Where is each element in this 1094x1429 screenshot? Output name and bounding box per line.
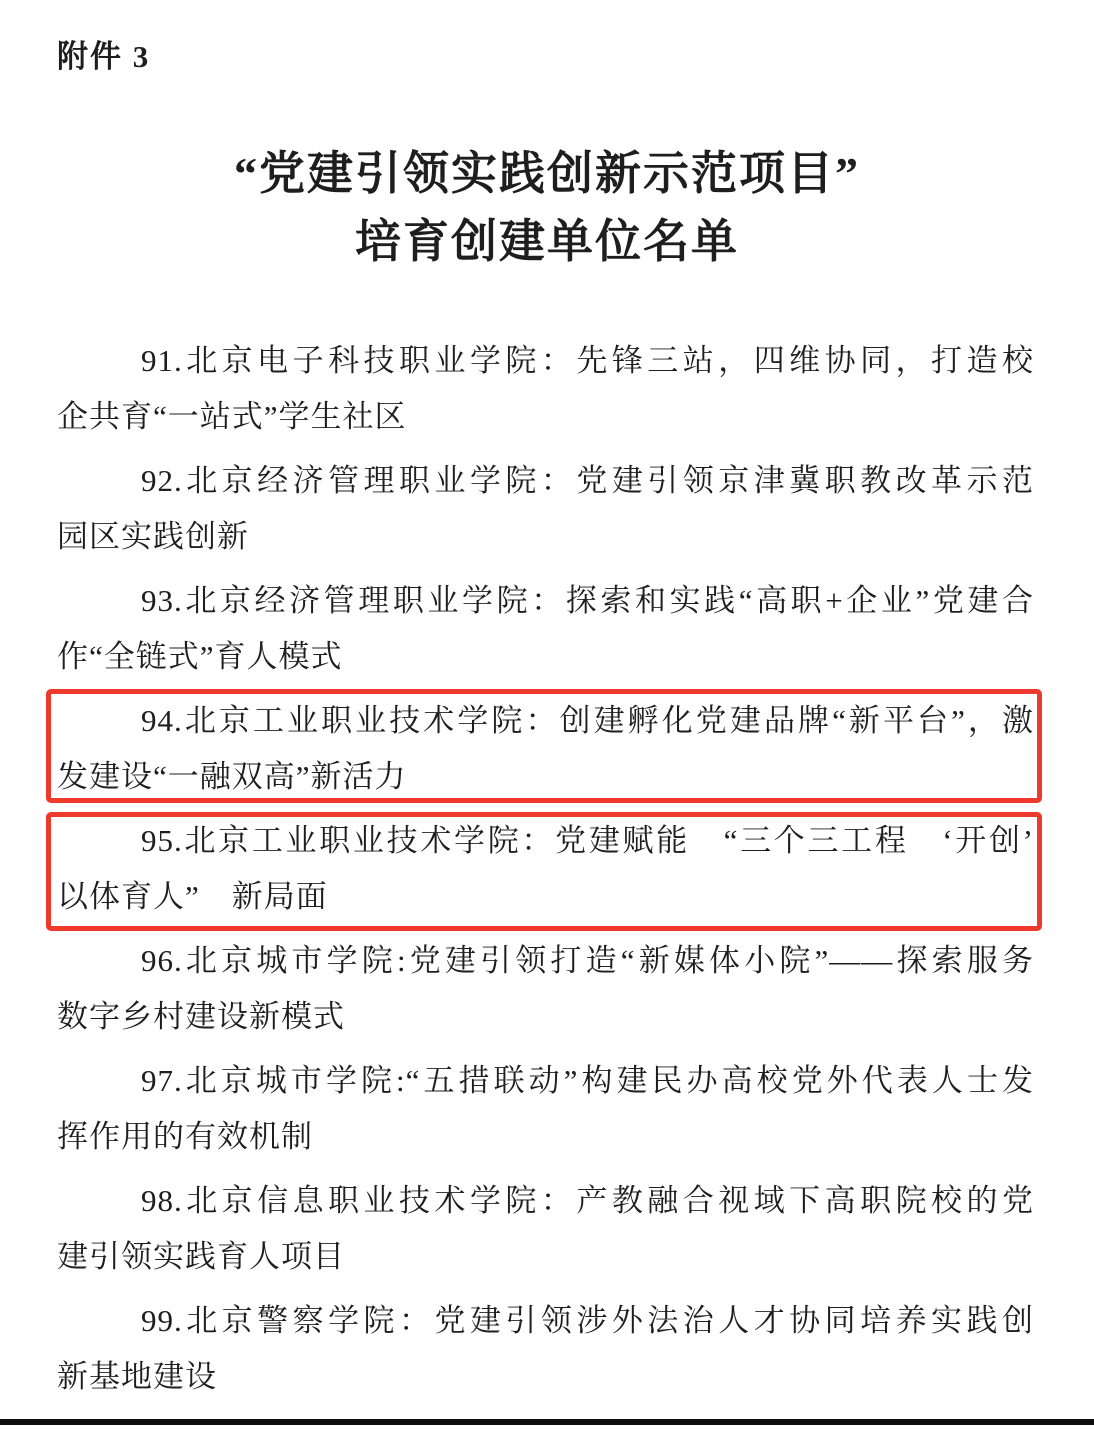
list-item-93: 93.北京经济管理职业学院：探索和实践“高职+企业”党建合 作“全链式”育人模式 [57,573,1034,685]
list-item-97: 97.北京城市学院:“五措联动”构建民办高校党外代表人士发 挥作用的有效机制 [57,1053,1034,1165]
list-item-92: 92.北京经济管理职业学院：党建引领京津冀职教改革示范 园区实践创新 [57,453,1034,565]
list-item-99: 99.北京警察学院：党建引领涉外法治人才协同培养实践创 新基地建设 [57,1293,1034,1405]
list-item-95-line1: 95.北京工业职业技术学院：党建赋能 “三个三工程 ‘开创’ [57,813,1034,869]
list-item-94-line1: 94.北京工业职业技术学院：创建孵化党建品牌“新平台”，激 [57,693,1034,749]
list-item-93-line2: 作“全链式”育人模式 [57,629,1034,685]
item-list: 91.北京电子科技职业学院：先锋三站，四维协同，打造校 企共育“一站式”学生社区… [57,333,1034,1413]
list-item-91-line2: 企共育“一站式”学生社区 [57,389,1034,445]
list-item-92-line2: 园区实践创新 [57,509,1034,565]
list-item-96-line1: 96.北京城市学院:党建引领打造“新媒体小院”——探索服务 [57,933,1034,989]
document-title: “党建引领实践创新示范项目” 培育创建单位名单 [0,140,1094,276]
list-item-96: 96.北京城市学院:党建引领打造“新媒体小院”——探索服务 数字乡村建设新模式 [57,933,1034,1045]
list-item-92-line1: 92.北京经济管理职业学院：党建引领京津冀职教改革示范 [57,453,1034,509]
list-item-99-line2: 新基地建设 [57,1349,1034,1405]
list-item-94: 94.北京工业职业技术学院：创建孵化党建品牌“新平台”，激 发建设“一融双高”新… [57,693,1034,805]
list-item-96-line2: 数字乡村建设新模式 [57,989,1034,1045]
list-item-95: 95.北京工业职业技术学院：党建赋能 “三个三工程 ‘开创’ 以体育人” 新局面 [57,813,1034,925]
list-item-99-line1: 99.北京警察学院：党建引领涉外法治人才协同培养实践创 [57,1293,1034,1349]
list-item-98-line1: 98.北京信息职业技术学院：产教融合视域下高职院校的党 [57,1173,1034,1229]
list-item-97-line1: 97.北京城市学院:“五措联动”构建民办高校党外代表人士发 [57,1053,1034,1109]
list-item-98-line2: 建引领实践育人项目 [57,1229,1034,1285]
list-item-94-line2: 发建设“一融双高”新活力 [57,749,1034,805]
list-item-97-line2: 挥作用的有效机制 [57,1109,1034,1165]
document-page: 附件 3 “党建引领实践创新示范项目” 培育创建单位名单 91.北京电子科技职业… [0,0,1094,1429]
list-item-93-line1: 93.北京经济管理职业学院：探索和实践“高职+企业”党建合 [57,573,1034,629]
document-title-line1: “党建引领实践创新示范项目” [0,140,1094,208]
list-item-98: 98.北京信息职业技术学院：产教融合视域下高职院校的党 建引领实践育人项目 [57,1173,1034,1285]
page-bottom-rule [0,1419,1094,1425]
attachment-label: 附件 3 [57,40,150,74]
list-item-91-line1: 91.北京电子科技职业学院：先锋三站，四维协同，打造校 [57,333,1034,389]
list-item-95-line2: 以体育人” 新局面 [57,869,1034,925]
list-item-91: 91.北京电子科技职业学院：先锋三站，四维协同，打造校 企共育“一站式”学生社区 [57,333,1034,445]
document-title-line2: 培育创建单位名单 [0,208,1094,276]
